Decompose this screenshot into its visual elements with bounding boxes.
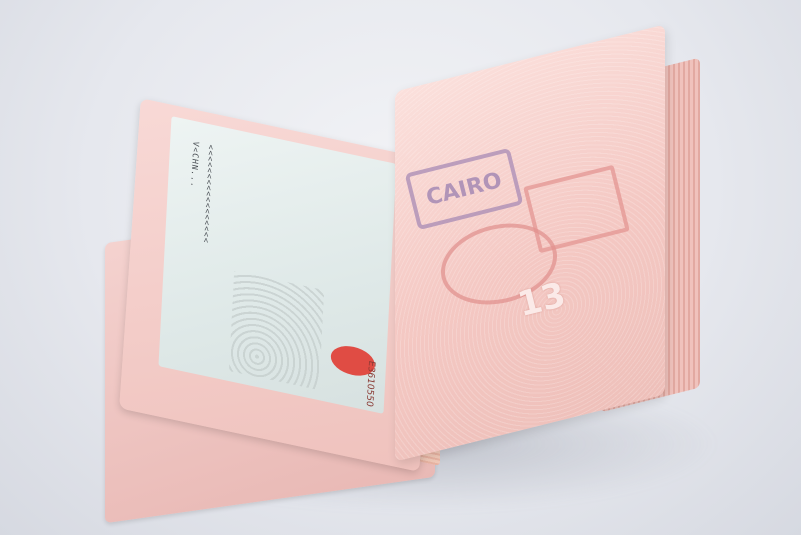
visa-sticker: V<CHN... <<<<<<<<<<<<<<<<< E3610550: [158, 116, 396, 414]
passport-photo: V<CHN... <<<<<<<<<<<<<<<<< E3610550 CAIR…: [0, 0, 801, 535]
visa-serial-number: E3610550: [364, 360, 376, 408]
visa-background-art: [229, 271, 324, 390]
visa-mrz-line-2: <<<<<<<<<<<<<<<<<: [201, 144, 215, 245]
visa-mrz-line-1: V<CHN...: [189, 141, 200, 189]
